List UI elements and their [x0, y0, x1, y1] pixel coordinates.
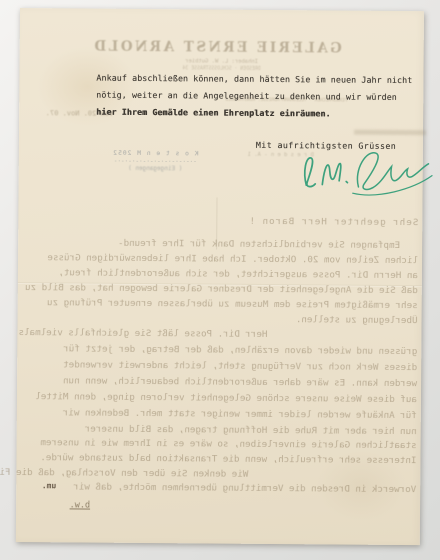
- bleed-smudge: [354, 130, 426, 136]
- bleed-body-line: Überlegung zu stellen.: [33, 312, 418, 326]
- bleed-greeting: Sehr geehrter Herr Baron !: [33, 214, 418, 228]
- bleed-body-line: auf diese Weise unsere schöne Gelegenhei…: [32, 391, 417, 405]
- typed-line-1: Ankauf abschließen können, dann hätten S…: [96, 73, 412, 85]
- bleed-body-line: Wie denken Sie über den Vorschlag, daß d…: [31, 467, 416, 481]
- bleed-body-line: für Ankäufe werden leider immer weniger …: [32, 407, 417, 421]
- bleed-body-line: daß Sie die Angelegenheit der Dresdner G…: [33, 282, 418, 296]
- bleed-body-line: werden kann. Es wäre daher außerordentli…: [32, 375, 417, 389]
- bleed-stamp-line2: ( Eingegangen ): [93, 165, 218, 173]
- bleed-body-line: staatlichen Galerie einverleiben, so wär…: [32, 437, 417, 451]
- typed-line-2: nötig, weiter an die Angelegenheit zu de…: [96, 90, 397, 102]
- bleed-body-line: Vorwerck in Dresden die Vermittlung über…: [31, 481, 416, 495]
- bleed-turn-note: b.w.: [56, 500, 90, 510]
- bleed-letterhead-subtitle: Inhaber: L. W. Gutbier: [142, 58, 302, 65]
- bleed-body-line: Empfangen Sie verbindlichsten Dank für I…: [33, 237, 418, 251]
- bleed-body-line: sehr ermäßigtem Preise dem Museum zu übe…: [33, 297, 418, 311]
- letter-paper: GALERIE ERNST ARNOLD Inhaber: L. W. Gutb…: [16, 8, 424, 545]
- bleed-letterhead-address: DRESDEN · SCHLOSSSTRASSE 34: [127, 66, 317, 72]
- bleed-dark-fragment: um.: [22, 481, 56, 490]
- signature-ink: [293, 139, 435, 203]
- bleed-body-line: Interesse sehr erfreulich, wenn die Tran…: [31, 452, 416, 466]
- bleed-body-line: an Herrn Dir. Posse ausgerichtet, der si…: [33, 267, 418, 281]
- bleed-body-line: Herr Dir. Posse läßt Sie gleichfalls vie…: [32, 327, 417, 341]
- bleed-body-line: dieses Werk noch zur Verfügung steht, le…: [32, 359, 417, 373]
- bleed-body-line: lichen Zeilen vom 20. Oktober. Ich habe …: [33, 252, 418, 266]
- bleed-stamp-line1: K o s t e n M 2052: [93, 150, 218, 158]
- bleed-body-line: nun hier aber mit Ruhe die Hoffnung trag…: [32, 423, 417, 437]
- scan-background: GALERIE ERNST ARNOLD Inhaber: L. W. Gutb…: [0, 0, 440, 560]
- bleed-letterhead-title: GALERIE ERNST ARNOLD: [102, 39, 342, 57]
- typed-line-3: hier Ihrem Gemälde einen Ehrenplatz einr…: [96, 107, 330, 119]
- bleed-body-line: grüssen und wieder davon erzählen, daß d…: [32, 343, 417, 357]
- bleed-address-fragment: D r e s d e n - A. 1: [204, 151, 314, 158]
